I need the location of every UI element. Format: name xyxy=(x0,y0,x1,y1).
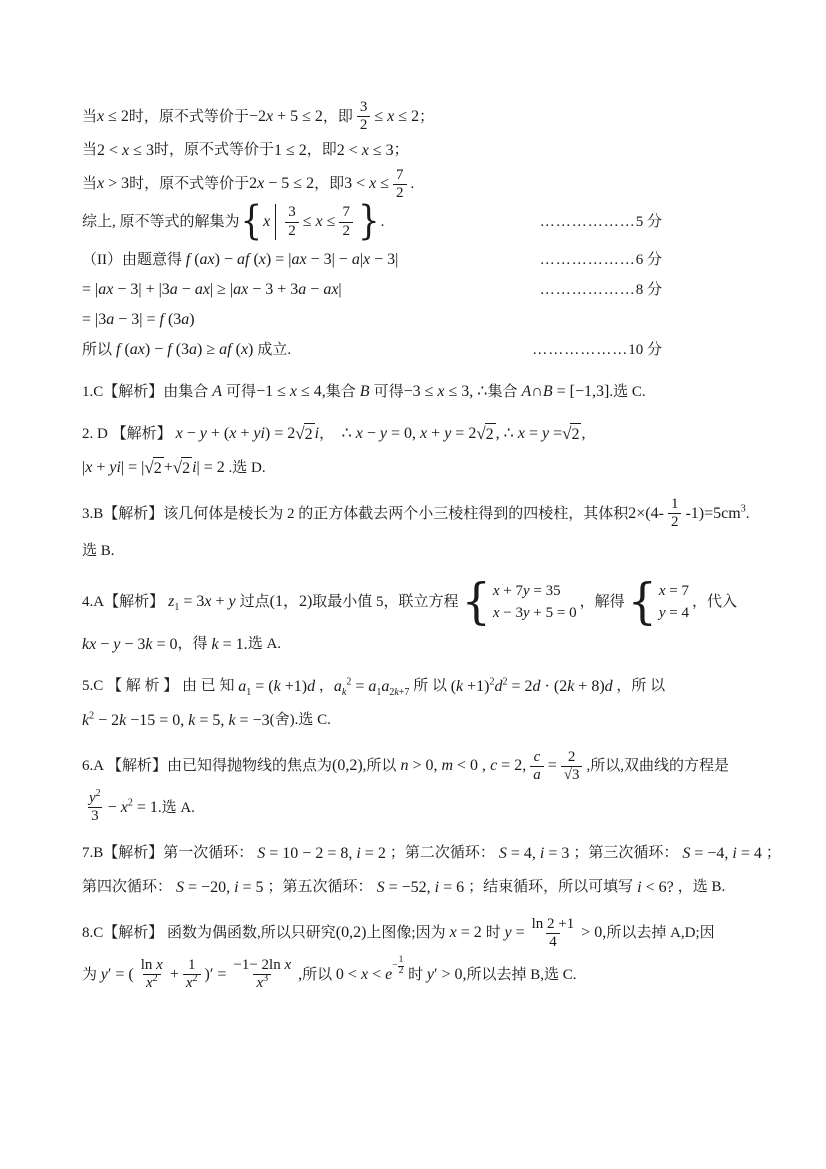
cases-rows: x = 7y = 4 xyxy=(659,580,689,625)
fraction-denominator: x2 xyxy=(183,974,201,992)
math-run: )′ = xyxy=(205,964,227,986)
fraction-denominator: x3 xyxy=(253,974,271,992)
math-run: = xyxy=(548,755,557,777)
fraction: 12 xyxy=(668,496,682,532)
text-run: 所 以 xyxy=(409,676,450,696)
fraction: y23 xyxy=(86,790,104,826)
fraction: 72 xyxy=(339,204,353,240)
text-run: 2. D 【解析】 xyxy=(82,424,172,444)
math-run: kx − y − 3k = 0 xyxy=(82,634,178,656)
math-run: y = xyxy=(505,922,525,944)
cases-brace: { xyxy=(462,581,491,622)
answer-8-line1: 8.C【解析】 函数为偶函数,所以只研究(0,2)上图像;因为 x = 2 时 … xyxy=(82,916,748,952)
text-run: ； xyxy=(419,107,434,127)
fraction-denominator: 3 xyxy=(88,807,102,825)
text-run: ；第二次循环： xyxy=(390,843,495,863)
text-run: 8.C【解析】 函数为偶函数,所以只研究 xyxy=(82,923,336,943)
text-run: 时，原不式等价于 xyxy=(129,107,249,127)
math-run: (1，2) xyxy=(270,591,313,613)
dotted-leader: ……………… xyxy=(540,280,636,300)
text-run: . xyxy=(411,174,415,194)
text-run: 所以 xyxy=(82,340,112,360)
text-run: 成立. xyxy=(257,340,291,360)
fraction-numerator: c xyxy=(531,749,544,766)
answer-7-line2: 第四次循环： S = −20, i = 5 ；第五次循环： S = −52, i… xyxy=(82,874,748,902)
math-run: S = 4, i = 3 xyxy=(495,843,574,865)
math-run: B xyxy=(356,381,374,403)
math-run: −3 ≤ x ≤ 3, ∴ xyxy=(404,381,488,403)
cases-row: x − 3y + 5 = 0 xyxy=(493,602,577,625)
sqrt: √2 xyxy=(476,423,495,446)
score-group: ………………5 分 xyxy=(540,212,662,232)
math-run: x ≤ 2 xyxy=(97,106,129,128)
answer-1: 1.C【解析】由集合 A 可得−1 ≤ x ≤ 4,集合 B 可得−3 ≤ x … xyxy=(82,378,748,406)
answer-3-line1: 3.B【解析】该几何体是棱长为 2 的正方体截去两个小三棱柱得到的四棱柱，其体积… xyxy=(82,496,748,532)
inequality-case2: 当2 < x ≤ 3时，原不式等价于1 ≤ 2，即2 < x ≤ 3； xyxy=(82,137,748,165)
answer-6-line2: y23− x2 = 1.选 A. xyxy=(82,790,748,826)
radicand: 2 xyxy=(570,423,581,446)
math-run: (0,2) xyxy=(332,755,363,777)
fraction-denominator: 2 xyxy=(668,513,682,531)
math-run: + xyxy=(170,964,179,986)
cases-rows: x + 7y = 35x − 3y + 5 = 0 xyxy=(493,580,577,625)
fraction-denominator: 4 xyxy=(546,933,560,951)
math-run: 2 < x ≤ 3 xyxy=(337,140,394,162)
math-run: f (ax) − f (3a) ≥ af (x) xyxy=(112,339,257,361)
radicand: 2 xyxy=(304,423,315,446)
set-brace: { xyxy=(241,206,263,238)
answer-2-line2: |x + yi| = |√2+√2i| = 2 .选 D. xyxy=(82,454,748,482)
score-label: 10 分 xyxy=(628,340,662,360)
sqrt: √2 xyxy=(144,457,163,480)
text-run: ；第三次循环： xyxy=(573,843,678,863)
math-run: n > 0, m < 0 , c = 2, xyxy=(396,755,526,777)
cases-row: x = 7 xyxy=(659,580,689,603)
text-run: （II）由题意得 xyxy=(82,250,186,270)
answer-2-line1: 2. D 【解析】 x − y + (x + yi) = 2√2i， ∴ x −… xyxy=(82,420,748,448)
score-group: ………………6 分 xyxy=(540,250,662,270)
math-run: -1)=5cm3 xyxy=(685,503,745,525)
fraction-numerator: 3 xyxy=(357,99,371,116)
text-run: 时 xyxy=(404,965,427,985)
math-run: S = 10 − 2 = 8, i = 2 xyxy=(253,843,390,865)
math-run: k = 1. xyxy=(208,634,248,656)
fraction: ln 2 +14 xyxy=(529,916,578,952)
text-run: 当 xyxy=(82,140,97,160)
document-page: 当x ≤ 2时，原不式等价于−2x + 5 ≤ 2，即32≤ x ≤ 2；当2 … xyxy=(0,0,826,1169)
math-run: a1 = (k +1)d xyxy=(238,676,315,698)
math-run: x = 2 xyxy=(446,922,486,944)
text-run: 选 B. xyxy=(82,541,115,561)
answer-7-line1: 7.B【解析】第一次循环： S = 10 − 2 = 8, i = 2 ；第二次… xyxy=(82,840,748,868)
text-run: ，选 B. xyxy=(678,877,726,897)
text-run: ， xyxy=(319,424,342,444)
math-run: = |3a − 3| = f (3a) xyxy=(82,309,195,331)
text-run: 第四次循环： xyxy=(82,877,172,897)
fraction-numerator: 2 xyxy=(565,749,579,766)
answer-5-line1: 5.C 【 解 析 】 由 已 知 a1 = (k +1)d ，ak2 = a1… xyxy=(82,673,748,701)
text-run: ，解得 xyxy=(580,592,625,612)
text-run: ，即 xyxy=(323,107,353,127)
text-run: ， xyxy=(315,676,334,696)
math-run: i < 6? xyxy=(633,877,678,899)
mini-fraction: 12 xyxy=(398,956,405,977)
score-label: 8 分 xyxy=(636,280,662,300)
cases-brace: { xyxy=(628,581,657,622)
math-run: , ∴ x = y = xyxy=(496,423,562,445)
fraction-denominator: a xyxy=(530,766,544,784)
fraction-numerator: 7 xyxy=(339,204,353,221)
math-run: ∴ x − y = 0, x + y = 2 xyxy=(342,423,477,445)
answer-5-line2: k2 − 2k −15 = 0, k = 5, k = −3(舍).选 C. xyxy=(82,707,748,735)
text-run: ；第五次循环： xyxy=(268,877,373,897)
answer-8-line2: 为 y′ = (ln xx2+1x2)′ =−1− 2ln xx3,所以 0 <… xyxy=(82,957,748,993)
fraction-denominator: x2 xyxy=(143,974,161,992)
math-run: (k +1)2d2 = 2d · (2k + 8)d xyxy=(451,676,613,698)
fraction-numerator: −1− 2ln x xyxy=(230,957,294,974)
text-run: 7.B【解析】第一次循环： xyxy=(82,843,253,863)
math-run: 3 < x ≤ xyxy=(344,173,389,195)
equation-system: {x + 7y = 35x − 3y + 5 = 0 xyxy=(462,580,577,625)
text-run: 所以去掉 B,选 C. xyxy=(466,965,576,985)
set-brace: } xyxy=(358,206,380,238)
math-run: f (ax) − af (x) = |ax − 3| − a|x − 3| xyxy=(186,249,399,271)
text-run: 取最小值 5，联立方程 xyxy=(312,592,458,612)
text-run: 当 xyxy=(82,107,97,127)
text-run: 当 xyxy=(82,174,97,194)
text-run: 集合 xyxy=(487,382,517,402)
math-run: x > 3 xyxy=(97,173,129,195)
score-label: 5 分 xyxy=(636,212,662,232)
text-run: 综上, 原不等式的解集为 xyxy=(82,212,240,232)
text-run: 上图像;因为 xyxy=(366,923,445,943)
math-run: z1 = 3x + y xyxy=(164,591,240,613)
score-label: 6 分 xyxy=(636,250,662,270)
answer-4-line1: 4.A【解析】 z1 = 3x + y 过点(1，2)取最小值 5，联立方程{x… xyxy=(82,580,748,625)
text-run: 为 xyxy=(82,965,101,985)
text-run: ，代入 xyxy=(692,592,737,612)
answer-3-line2: 选 B. xyxy=(82,538,748,566)
fraction-numerator: 1 xyxy=(185,957,199,974)
fraction-numerator: ln x xyxy=(138,957,166,974)
text-run: 时，原不式等价于 xyxy=(154,140,274,160)
fraction: −1− 2ln xx3 xyxy=(230,957,294,993)
radicand: 2 xyxy=(153,457,164,480)
math-run: |x + yi| = | xyxy=(82,457,144,479)
math-run: y′ = ( xyxy=(101,964,134,986)
math-run: 0 < x < e xyxy=(336,964,392,986)
text-run: .选 A. xyxy=(158,798,195,818)
fraction: ca xyxy=(530,749,544,785)
text-run: ； xyxy=(394,140,409,160)
text-run: 所以 xyxy=(302,965,336,985)
text-run: ，所 以 xyxy=(613,676,666,696)
math-run: S = −52, i = 6 xyxy=(373,877,469,899)
fraction-denominator: 2 xyxy=(393,184,407,202)
math-run: A xyxy=(208,381,226,403)
math-run: 1 ≤ 2 xyxy=(274,140,307,162)
fraction-denominator: √3 xyxy=(561,766,583,784)
fraction: 32 xyxy=(357,99,371,135)
dotted-leader: ……………… xyxy=(540,212,636,232)
set-divider-bar xyxy=(275,204,276,240)
math-run: 2x − 5 ≤ 2 xyxy=(249,173,314,195)
text-run: .选 C. xyxy=(609,382,645,402)
fraction: 32 xyxy=(285,204,299,240)
math-run: ak2 = a1a2k+7 xyxy=(334,676,410,698)
part2-conclusion: 所以 f (ax) − f (3a) ≥ af (x) 成立.………………10 … xyxy=(82,336,748,364)
math-run: = |ax − 3| + |3a − ax| ≥ |ax − 3 + 3a − … xyxy=(82,279,342,301)
math-run: y′ > 0, xyxy=(427,964,467,986)
fraction-numerator: ln 2 +1 xyxy=(529,916,578,933)
math-run: (0,2) xyxy=(336,922,367,944)
score-group: ………………10 分 xyxy=(532,340,662,360)
text-run: 4.A【解析】 xyxy=(82,592,164,612)
sqrt: √2 xyxy=(173,457,192,480)
sqrt: √2 xyxy=(295,423,314,446)
dotted-leader: ……………… xyxy=(532,340,628,360)
math-run: ≤ x ≤ xyxy=(303,211,336,233)
text-run: . xyxy=(381,212,385,232)
text-run: 可得 xyxy=(226,382,256,402)
math-run: x xyxy=(263,211,270,233)
math-run: , xyxy=(581,423,585,445)
text-run: 时，原不式等价于 xyxy=(129,174,249,194)
fraction-denominator: 2 xyxy=(357,116,371,134)
text-run: ； xyxy=(766,843,781,863)
dotted-leader: ……………… xyxy=(540,250,636,270)
inequality-case3: 当x > 3时，原不式等价于2x − 5 ≤ 2，即3 < x ≤72. xyxy=(82,167,748,203)
answer-6-line1: 6.A 【解析】由已知得抛物线的焦点为(0,2),所以 n > 0, m < 0… xyxy=(82,749,748,785)
sqrt: √2 xyxy=(562,423,581,446)
text-run: 6.A 【解析】由已知得抛物线的焦点为 xyxy=(82,756,332,776)
math-run: S = −4, i = 4 xyxy=(678,843,766,865)
cases-row: x + 7y = 35 xyxy=(493,580,577,603)
solution-set: 综上, 原不等式的解集为{x32≤ x ≤72}.………………5 分 xyxy=(82,204,748,240)
fraction-numerator: 1 xyxy=(668,496,682,513)
math-run: 2 < x ≤ 3 xyxy=(97,140,154,162)
text-run: 1.C【解析】由集合 xyxy=(82,382,208,402)
fraction-numerator: 3 xyxy=(285,204,299,221)
text-run: ,所以 xyxy=(363,756,397,776)
answer-4-line2: kx − y − 3k = 0，得 k = 1.选 A. xyxy=(82,631,748,659)
fraction: 2√3 xyxy=(561,749,583,785)
text-run: 5.C 【 解 析 】 由 已 知 xyxy=(82,676,238,696)
text-run: 3.B【解析】该几何体是棱长为 2 的正方体截去两个小三棱柱得到的四棱柱，其体积 xyxy=(82,504,628,524)
equation-system: {x = 7y = 4 xyxy=(628,580,689,625)
score-group: ………………8 分 xyxy=(540,280,662,300)
radicand: 2 xyxy=(485,423,496,446)
fraction-denominator: 2 xyxy=(285,222,299,240)
text-run: (舍).选 C. xyxy=(270,710,331,730)
math-run: −2x + 5 ≤ 2 xyxy=(249,106,323,128)
math-run: ≤ x ≤ 2 xyxy=(374,106,419,128)
math-run: S = −20, i = 5 xyxy=(172,877,268,899)
text-run: ；结束循环，所以可填写 xyxy=(468,877,633,897)
fraction-numerator: y2 xyxy=(86,790,104,807)
part2-step3: = |3a − 3| = f (3a) xyxy=(82,306,748,334)
part2-step2: = |ax − 3| + |3a − ax| ≥ |ax − 3 + 3a − … xyxy=(82,276,748,304)
math-run: > 0, xyxy=(581,922,606,944)
cases-row: y = 4 xyxy=(659,602,689,625)
math-run: k2 − 2k −15 = 0, k = 5, k = −3 xyxy=(82,710,270,732)
part2-step1: （II）由题意得 f (ax) − af (x) = |ax − 3| − a|… xyxy=(82,246,748,274)
math-run: + xyxy=(164,457,173,479)
inequality-case1: 当x ≤ 2时，原不式等价于−2x + 5 ≤ 2，即32≤ x ≤ 2； xyxy=(82,99,748,135)
text-run: ，即 xyxy=(307,140,337,160)
text-run: 可得 xyxy=(374,382,404,402)
fraction: 1x2 xyxy=(183,957,201,993)
fraction-denominator: 2 xyxy=(339,222,353,240)
math-run: A∩B = [−1,3] xyxy=(517,381,609,403)
text-run: ,所以,双曲线的方程是 xyxy=(586,756,729,776)
math-run: − x2 = 1 xyxy=(108,797,158,819)
text-run: 时 xyxy=(486,923,505,943)
text-run: 集合 xyxy=(326,382,356,402)
fraction-numerator: 7 xyxy=(393,167,407,184)
text-run: . xyxy=(746,504,750,524)
fraction: 72 xyxy=(393,167,407,203)
superscript-fraction: −12 xyxy=(392,956,404,977)
text-run: 选 A. xyxy=(248,634,281,654)
math-run: i| = 2 xyxy=(192,457,225,479)
text-run: 所以去掉 A,D;因 xyxy=(606,923,714,943)
math-run: x − y + (x + yi) = 2 xyxy=(172,423,296,445)
fraction: ln xx2 xyxy=(138,957,166,993)
text-run: ，即 xyxy=(314,174,344,194)
math-run: −1 ≤ x ≤ 4, xyxy=(256,381,326,403)
text-run: .选 D. xyxy=(225,458,266,478)
text-run: ，得 xyxy=(178,634,208,654)
math-run: 2×(4- xyxy=(628,503,664,525)
radicand: 2 xyxy=(181,457,192,480)
text-run: 过点 xyxy=(240,592,270,612)
